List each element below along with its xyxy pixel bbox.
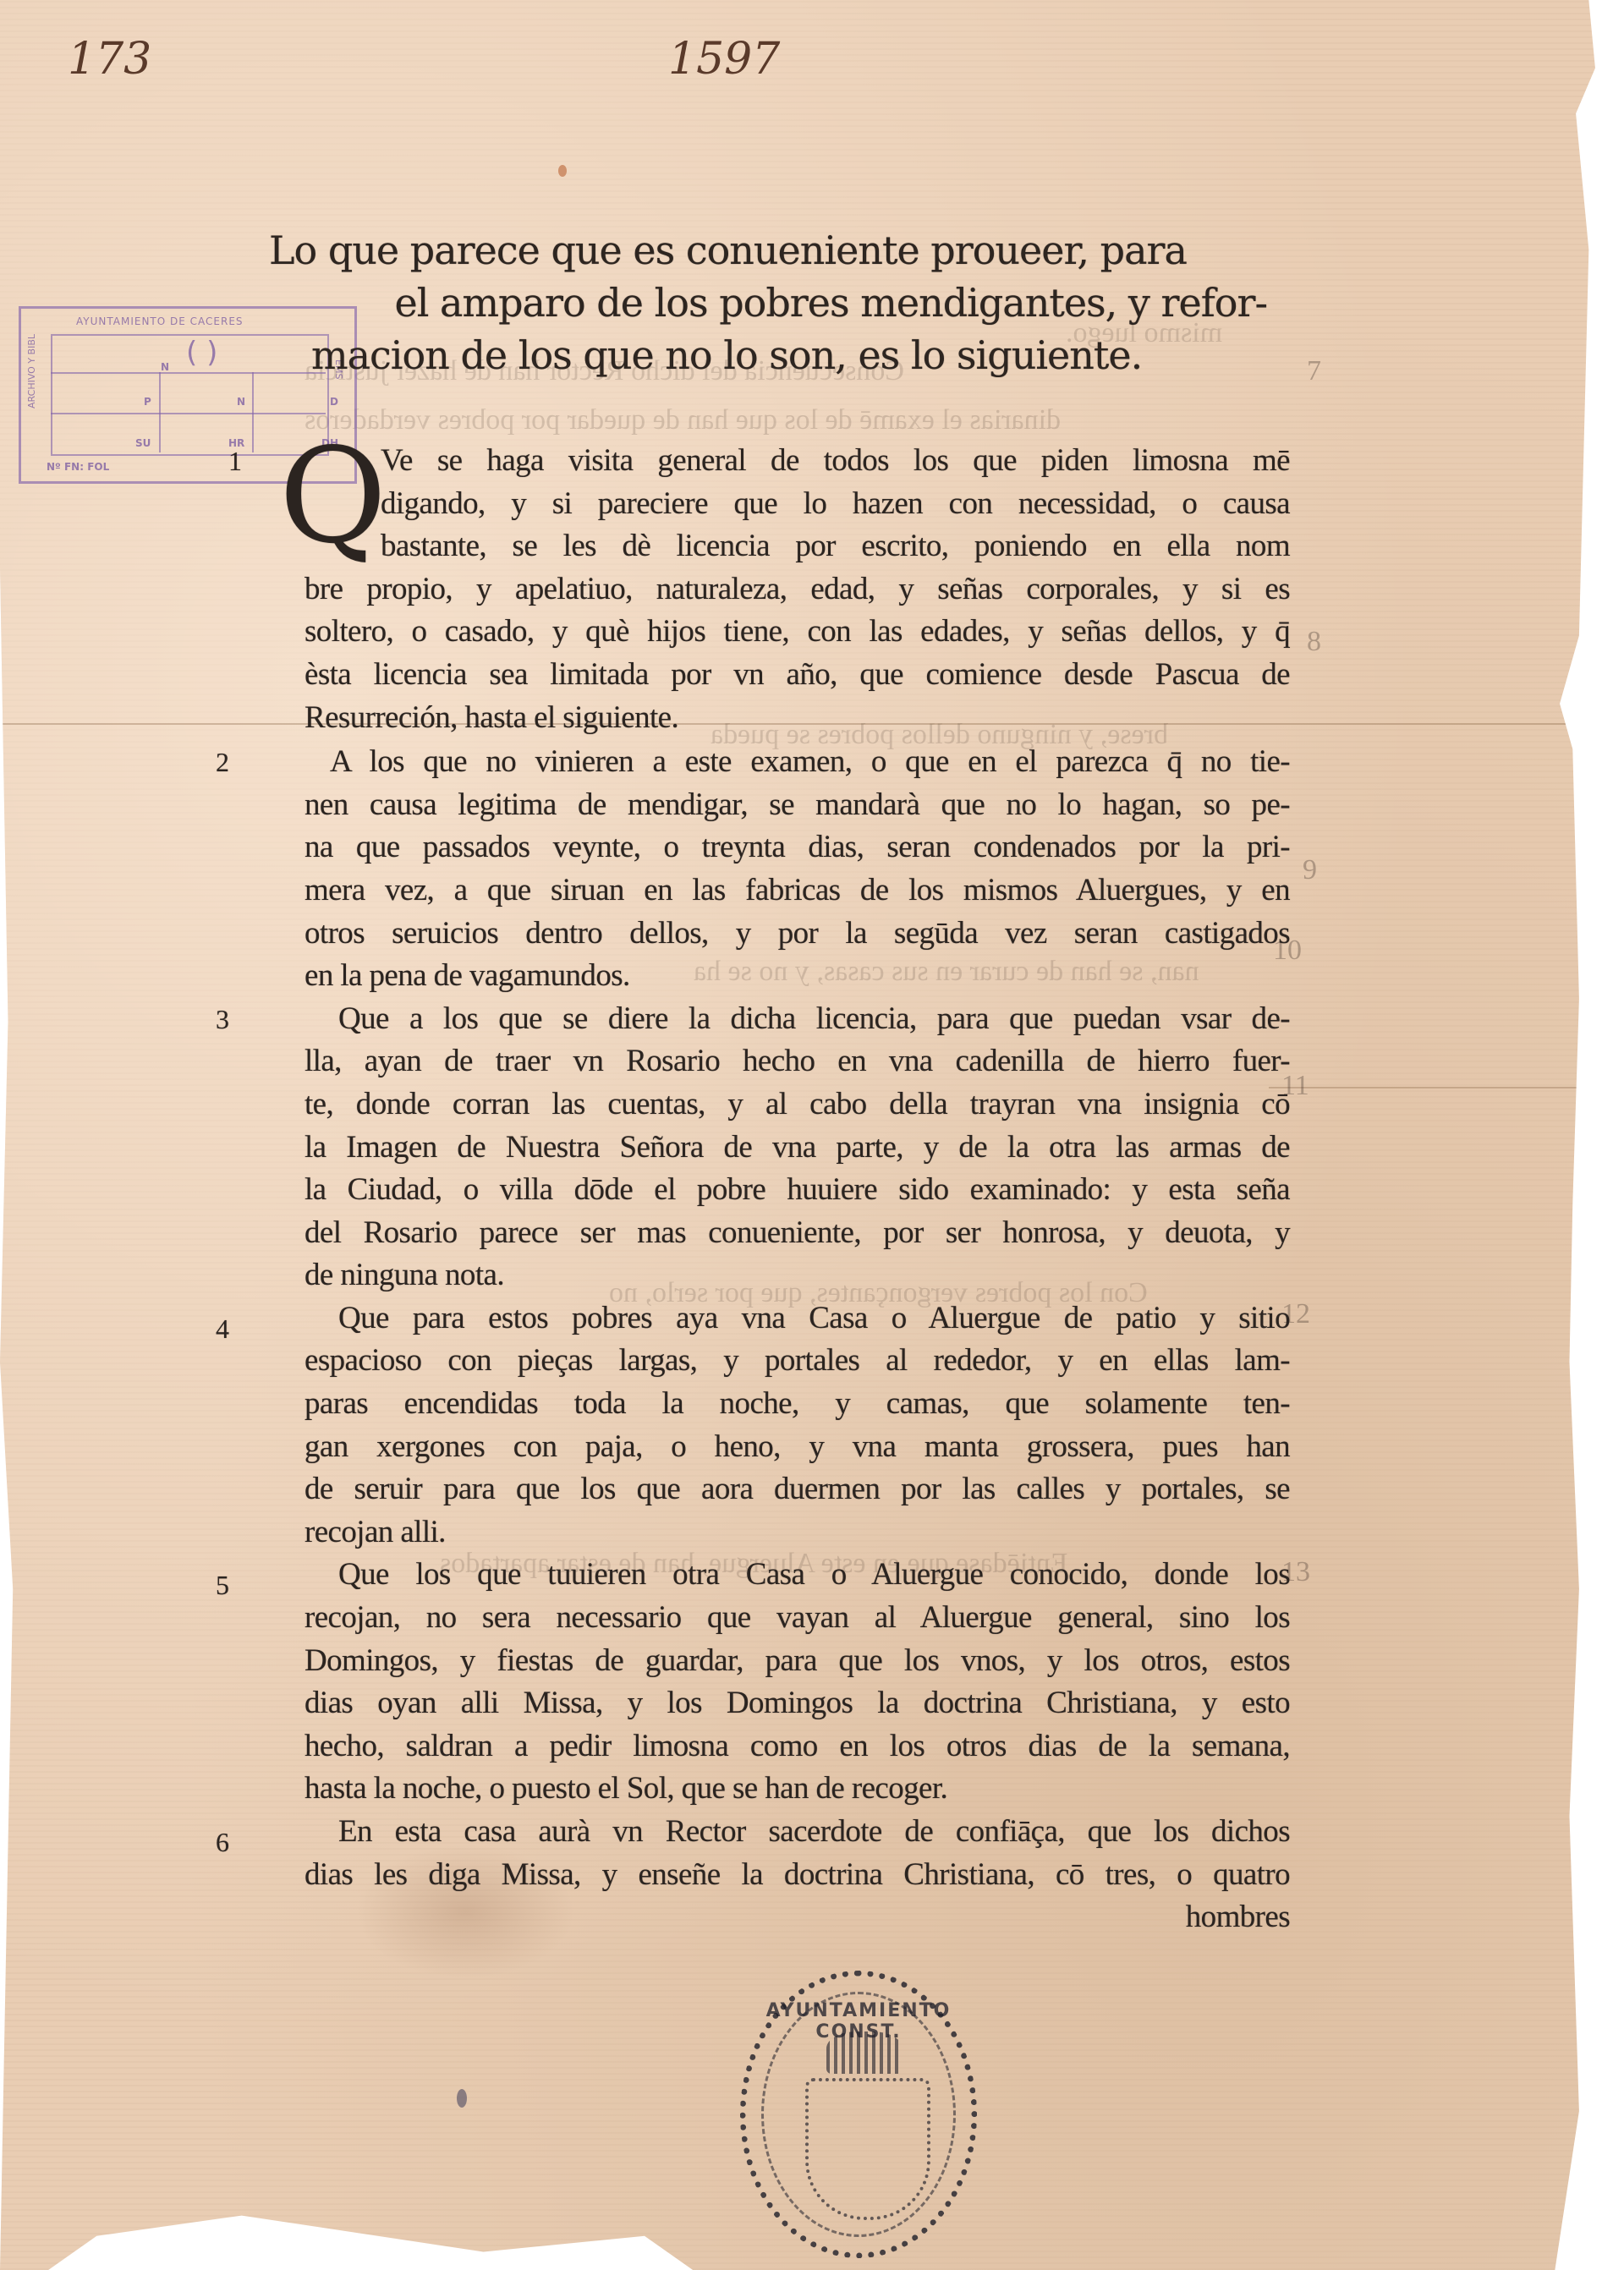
title-line: el amparo de los pobres mendigantes, y r…	[269, 277, 1276, 329]
text-line: Que a los que se diere la dicha licencia…	[304, 998, 1290, 1041]
paragraph-6: 6 En esta casa aurà vn Rector sacerdote …	[262, 1811, 1290, 1939]
paragraph-1: 1 Q Ve se haga visita general de todos l…	[262, 440, 1290, 739]
municipal-seal: AYUNTAMIENTO CONST.	[740, 1971, 977, 2258]
archive-stamp-blank: ( )	[186, 336, 217, 370]
crown-icon	[826, 2031, 903, 2074]
text-line: hasta la noche, o puesto el Sol, que se …	[304, 1768, 1290, 1811]
text-line: digando, y si pareciere que lo hazen con…	[304, 483, 1290, 526]
text-line: Que los que tuuieren otra Casa o Aluergu…	[304, 1554, 1290, 1597]
text-line: A los que no vinieren a este examen, o q…	[304, 741, 1290, 784]
paragraph-number: 1	[228, 440, 241, 483]
show-through-margin-number: 7	[1307, 355, 1321, 387]
title-line: macion de los que no lo son, es lo sigui…	[269, 329, 1276, 381]
archive-stamp-cell: N	[161, 361, 169, 373]
text-line: recojan alli.	[304, 1511, 1290, 1554]
text-line: Resurreción, hasta el siguiente.	[304, 697, 1290, 740]
handwritten-year: 1597	[668, 34, 780, 85]
text-line: èsta licencia sea limitada por vn año, q…	[304, 654, 1290, 697]
show-through-text: dinarias el examē de los que han de qued…	[304, 404, 1061, 436]
archive-stamp-cell: SU	[135, 437, 151, 449]
archive-stamp-footer: Nº FN: FOL	[47, 461, 109, 473]
archive-stamp-cell: N	[237, 396, 245, 408]
text-line: nen causa legitima de mendigar, se manda…	[304, 784, 1290, 827]
text-line: otros seruicios dentro dellos, y por la …	[304, 913, 1290, 956]
text-line: de seruir para que los que aora duermen …	[304, 1468, 1290, 1511]
archive-stamp-cell: P	[144, 396, 151, 408]
paragraph-number: 3	[216, 998, 228, 1041]
text-line: na que passados veynte, o treynta dias, …	[304, 826, 1290, 869]
archive-stamp-header: AYUNTAMIENTO DE CACERES	[76, 315, 244, 327]
text-line: de ninguna nota.	[304, 1254, 1290, 1297]
document-body: 1 Q Ve se haga visita general de todos l…	[262, 440, 1290, 1939]
paragraph-number: 5	[216, 1564, 228, 1607]
paragraph-4: 4 Que para estos pobres aya vna Casa o A…	[262, 1297, 1290, 1554]
text-line: dias oyan alli Missa, y los Domingos la …	[304, 1682, 1290, 1725]
text-line: hecho, saldran a pedir limosna como en l…	[304, 1725, 1290, 1768]
archive-stamp-side-label: ARCHIVO Y BIBL	[26, 334, 43, 408]
paragraph-number: 4	[216, 1308, 228, 1351]
archive-stamp-divider	[159, 372, 161, 452]
drop-cap: Q	[279, 433, 386, 560]
text-line: la Ciudad, o villa dōde el pobre huuiere…	[304, 1169, 1290, 1212]
text-line: en la pena de vagamundos.	[304, 955, 1290, 998]
paragraph-number: 2	[216, 741, 228, 784]
text-line: Que para estos pobres aya vna Casa o Alu…	[304, 1297, 1290, 1341]
text-line: del Rosario parece ser mas conueniente, …	[304, 1212, 1290, 1255]
show-through-margin-number: 8	[1307, 626, 1321, 658]
handwritten-folio-number: 173	[68, 34, 151, 85]
archive-stamp-divider	[51, 413, 326, 414]
stain	[457, 2089, 467, 2108]
title-line: Lo que parece que es conueniente proueer…	[269, 224, 1276, 277]
text-line: bre propio, y apelatiuo, naturaleza, eda…	[304, 568, 1290, 611]
text-line: Domingos, y fiestas de guardar, para que…	[304, 1640, 1290, 1683]
text-line: la Imagen de Nuestra Señora de vna parte…	[304, 1127, 1290, 1170]
text-line: lla, ayan de traer vn Rosario hecho en v…	[304, 1040, 1290, 1083]
show-through-margin-number: 9	[1303, 854, 1317, 886]
text-line: bastante, se les dè licencia por escrito…	[304, 525, 1290, 568]
text-line: paras encendidas toda la noche, y camas,…	[304, 1383, 1290, 1426]
text-line: En esta casa aurà vn Rector sacerdote de…	[304, 1811, 1290, 1854]
paper-fold-line	[1269, 1087, 1582, 1088]
paragraph-number: 6	[216, 1821, 228, 1864]
document-title: Lo que parece que es conueniente proueer…	[269, 224, 1276, 381]
coat-of-arms-icon	[805, 2078, 930, 2220]
text-line: recojan, no sera necessario que vayan al…	[304, 1597, 1290, 1640]
text-line: espacioso con pieças largas, y portales …	[304, 1340, 1290, 1383]
paragraph-3: 3 Que a los que se diere la dicha licenc…	[262, 998, 1290, 1297]
text-line: soltero, o casado, y què hijos tiene, co…	[304, 611, 1290, 654]
text-line: Ve se haga visita general de todos los q…	[304, 440, 1290, 483]
text-line: gan xergones con paja, o heno, y vna man…	[304, 1426, 1290, 1469]
paragraph-2: 2 A los que no vinieren a este examen, o…	[262, 741, 1290, 998]
document-page: 173 1597 dinarias el examē de los que ha…	[0, 0, 1611, 2270]
text-line: dias les diga Missa, y enseñe la doctrin…	[304, 1854, 1290, 1897]
catchword: hombres	[304, 1896, 1290, 1939]
text-line: te, donde corran las cuentas, y al cabo …	[304, 1083, 1290, 1127]
paragraph-5: 5 Que los que tuuieren otra Casa o Aluer…	[262, 1554, 1290, 1811]
archive-stamp-cell: D	[330, 396, 338, 408]
text-line: mera vez, a que siruan en las fabricas d…	[304, 869, 1290, 913]
stain	[558, 165, 567, 177]
archive-stamp-divider	[252, 372, 254, 452]
